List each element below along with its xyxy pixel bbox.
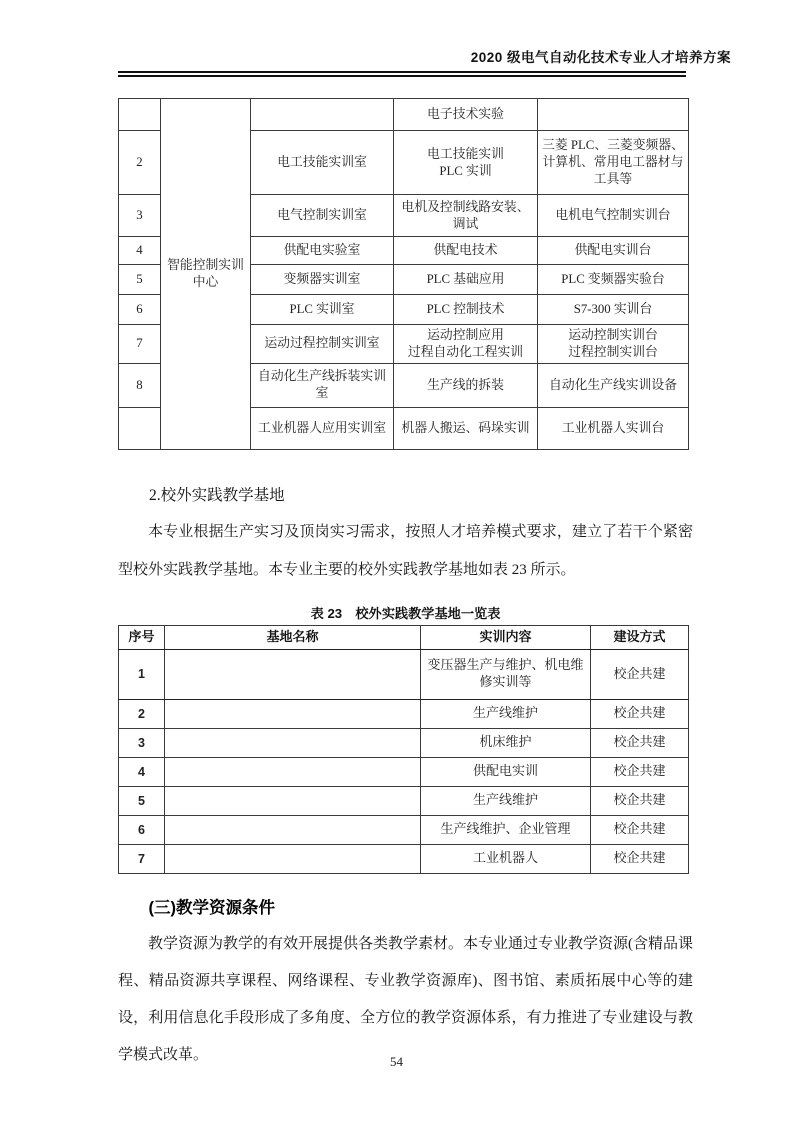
content-cell: 机器人搬运、码垛实训 [394, 407, 538, 449]
table23-caption: 表 23 校外实践教学基地一览表 [118, 603, 693, 622]
equipment-cell: 运动控制实训台 过程控制实训台 [538, 325, 689, 364]
row-number-cell: 3 [119, 195, 161, 237]
room-cell: 自动化生产线拆装实训室 [251, 363, 394, 407]
build-mode-cell: 校企共建 [591, 699, 689, 728]
equipment-cell: 电机电气控制实训台 [538, 195, 689, 237]
facilities-table: 智能控制实训中心 电子技术实验 2 电工技能实训室 电工技能实训 PLC 实训 … [118, 98, 689, 450]
equipment-cell: 自动化生产线实训设备 [538, 363, 689, 407]
base-table: 序号 基地名称 实训内容 建设方式 1 变压器生产与维护、机电维修实训等 校企共… [118, 625, 689, 874]
equipment-cell: S7-300 实训台 [538, 295, 689, 325]
room-cell: 运动过程控制实训室 [251, 325, 394, 364]
table-row: 5 生产线维护 校企共建 [119, 786, 689, 815]
page-header-title: 2020 级电气自动化技术专业人才培养方案 [118, 46, 731, 66]
build-mode-cell: 校企共建 [591, 649, 689, 699]
training-content-cell: 生产线维护 [421, 699, 591, 728]
base-name-cell [165, 649, 421, 699]
row-number-cell: 6 [119, 295, 161, 325]
table-row: 7 工业机器人 校企共建 [119, 844, 689, 873]
build-mode-cell: 校企共建 [591, 786, 689, 815]
col-header-content: 实训内容 [421, 625, 591, 649]
col-header-no: 序号 [119, 625, 165, 649]
base-name-cell [165, 815, 421, 844]
table-row: 智能控制实训中心 电子技术实验 [119, 99, 689, 131]
build-mode-cell: 校企共建 [591, 728, 689, 757]
training-content-cell: 生产线维护 [421, 786, 591, 815]
content-cell: 运动控制应用 过程自动化工程实训 [394, 325, 538, 364]
row-number-cell: 1 [119, 649, 165, 699]
table-header-row: 序号 基地名称 实训内容 建设方式 [119, 625, 689, 649]
build-mode-cell: 校企共建 [591, 844, 689, 873]
room-cell: 工业机器人应用实训室 [251, 407, 394, 449]
row-number-cell: 7 [119, 844, 165, 873]
page-number: 54 [0, 1054, 793, 1070]
content-cell: 电工技能实训 PLC 实训 [394, 131, 538, 195]
build-mode-cell: 校企共建 [591, 815, 689, 844]
row-number-cell: 4 [119, 757, 165, 786]
training-center-merged-cell: 智能控制实训中心 [161, 99, 251, 450]
room-cell: PLC 实训室 [251, 295, 394, 325]
row-number-cell [119, 99, 161, 131]
row-number-cell: 2 [119, 699, 165, 728]
room-cell: 供配电实验室 [251, 237, 394, 265]
equipment-cell: 工业机器人实训台 [538, 407, 689, 449]
equipment-cell: PLC 变频器实验台 [538, 265, 689, 295]
training-content-cell: 供配电实训 [421, 757, 591, 786]
col-header-mode: 建设方式 [591, 625, 689, 649]
content-cell: 生产线的拆装 [394, 363, 538, 407]
content-cell: 供配电技术 [394, 237, 538, 265]
content-cell: PLC 基础应用 [394, 265, 538, 295]
room-cell: 电工技能实训室 [251, 131, 394, 195]
base-name-cell [165, 757, 421, 786]
content-cell: PLC 控制技术 [394, 295, 538, 325]
equipment-cell: 供配电实训台 [538, 237, 689, 265]
row-number-cell: 6 [119, 815, 165, 844]
resources-paragraph: 教学资源为教学的有效开展提供各类教学素材。本专业通过专业教学资源(含精品课程、精… [118, 926, 693, 1074]
room-cell [251, 99, 394, 131]
equipment-cell [538, 99, 689, 131]
table-row: 3 机床维护 校企共建 [119, 728, 689, 757]
training-content-cell: 变压器生产与维护、机电维修实训等 [421, 649, 591, 699]
base-name-cell [165, 728, 421, 757]
content-cell: 电机及控制线路安装、调试 [394, 195, 538, 237]
training-content-cell: 生产线维护、企业管理 [421, 815, 591, 844]
base-name-cell [165, 844, 421, 873]
document-page: 2020 级电气自动化技术专业人才培养方案 智能控制实训中心 电子技术实验 2 … [0, 0, 793, 1122]
section-heading-resources: (三)教学资源条件 [118, 894, 693, 918]
training-content-cell: 工业机器人 [421, 844, 591, 873]
table-row: 1 变压器生产与维护、机电维修实训等 校企共建 [119, 649, 689, 699]
room-cell: 电气控制实训室 [251, 195, 394, 237]
row-number-cell: 8 [119, 363, 161, 407]
row-number-cell: 5 [119, 265, 161, 295]
base-name-cell [165, 699, 421, 728]
table-row: 4 供配电实训 校企共建 [119, 757, 689, 786]
row-number-cell [119, 407, 161, 449]
header-rule [118, 71, 686, 77]
build-mode-cell: 校企共建 [591, 757, 689, 786]
offcampus-paragraph: 本专业根据生产实习及顶岗实习需求，按照人才培养模式要求，建立了若干个紧密型校外实… [118, 513, 693, 589]
row-number-cell: 3 [119, 728, 165, 757]
section-heading-offcampus: 2.校外实践教学基地 [118, 483, 693, 505]
equipment-cell: 三菱 PLC、三菱变频器、计算机、常用电工器材与工具等 [538, 131, 689, 195]
row-number-cell: 5 [119, 786, 165, 815]
row-number-cell: 4 [119, 237, 161, 265]
row-number-cell: 7 [119, 325, 161, 364]
training-content-cell: 机床维护 [421, 728, 591, 757]
table-row: 2 生产线维护 校企共建 [119, 699, 689, 728]
row-number-cell: 2 [119, 131, 161, 195]
room-cell: 变频器实训室 [251, 265, 394, 295]
base-name-cell [165, 786, 421, 815]
col-header-name: 基地名称 [165, 625, 421, 649]
table-row: 6 生产线维护、企业管理 校企共建 [119, 815, 689, 844]
content-cell: 电子技术实验 [394, 99, 538, 131]
